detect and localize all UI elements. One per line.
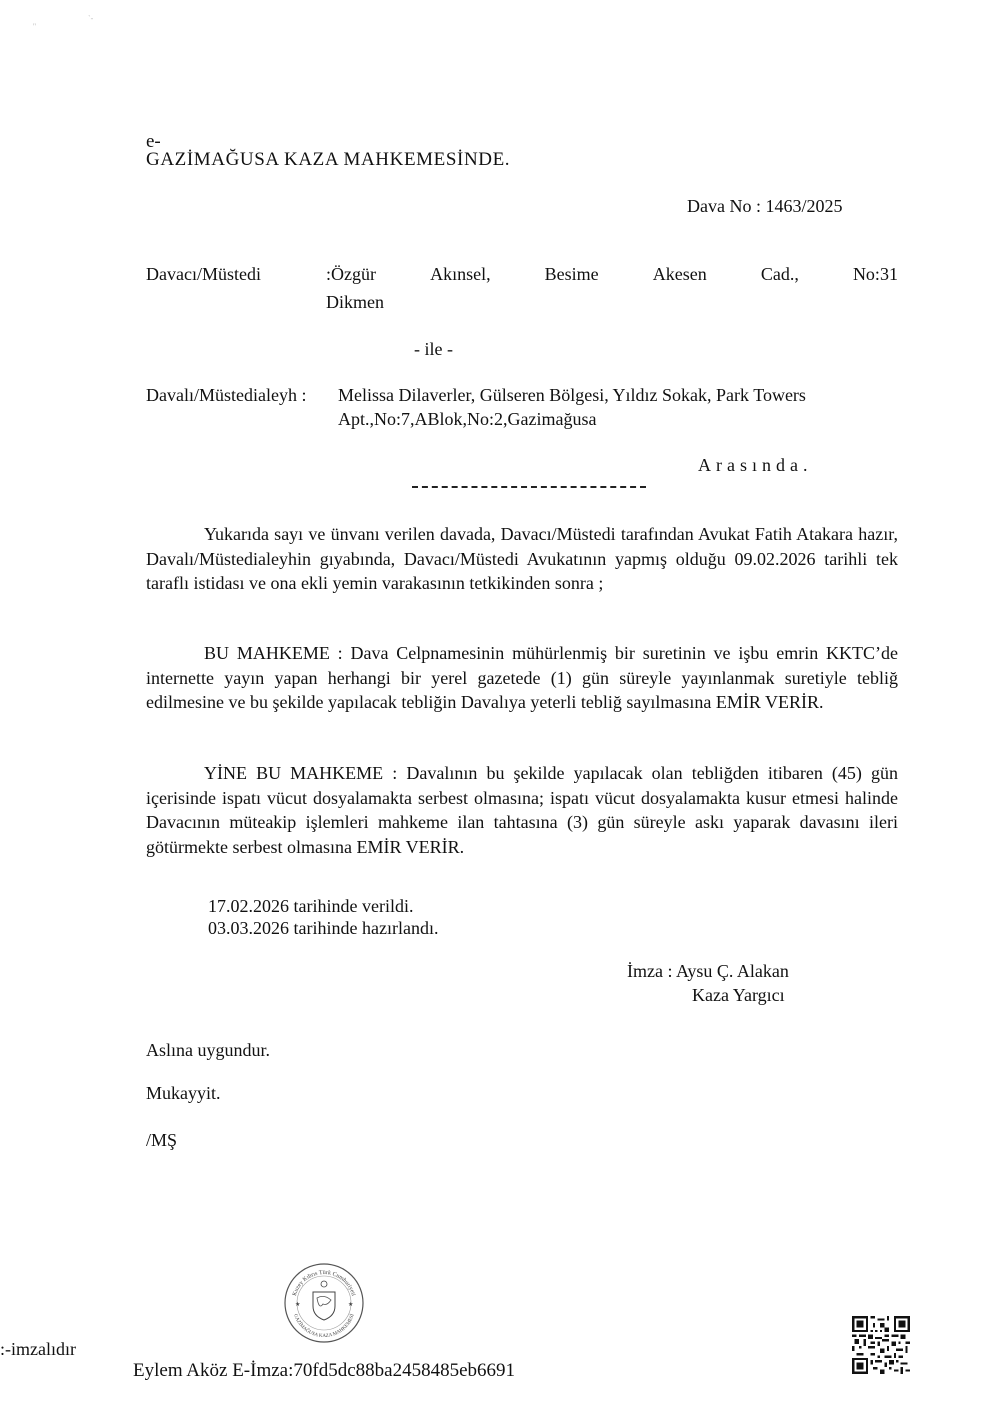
qr-code-icon[interactable] bbox=[852, 1316, 910, 1374]
paragraph-text: Yukarıda sayı ve ünvanı verilen davada, … bbox=[146, 524, 898, 593]
case-number: Dava No : 1463/2025 bbox=[687, 196, 842, 217]
issued-date: 17.02.2026 tarihinde verildi. bbox=[208, 896, 413, 917]
plaintiff-word: Besime bbox=[545, 264, 599, 285]
paragraph-preamble: Yukarıda sayı ve ünvanı verilen davada, … bbox=[146, 522, 898, 596]
paragraph-text: BU MAHKEME : Dava Celpnamesinin mühürlen… bbox=[146, 643, 898, 712]
plaintiff-word: Cad., bbox=[761, 264, 799, 285]
prepared-date: 03.03.2026 tarihinde hazırlandı. bbox=[208, 918, 438, 939]
e-signature-hash: Eylem Aköz E-İmza:70fd5dc88ba2458485eb66… bbox=[133, 1360, 515, 1382]
plaintiff-word: Akınsel, bbox=[430, 264, 491, 285]
svg-text:★: ★ bbox=[348, 1301, 353, 1308]
paragraph-order-1: BU MAHKEME : Dava Celpnamesinin mühürlen… bbox=[146, 641, 898, 715]
svg-text:Kuzey Kıbrıs Türk Cumhuriyeti: Kuzey Kıbrıs Türk Cumhuriyeti bbox=[292, 1270, 356, 1297]
court-seal-icon: Kuzey Kıbrıs Türk Cumhuriyeti GAZİMAĞUSA… bbox=[283, 1262, 365, 1344]
defendant-label: Davalı/Müstedialeyh : bbox=[146, 385, 306, 406]
scan-artifact: '' bbox=[33, 22, 36, 31]
court-title: GAZİMAĞUSA KAZA MAHKEMESİNDE. bbox=[146, 149, 510, 171]
plaintiff-label: Davacı/Müstedi bbox=[146, 264, 261, 285]
certified-copy-note: Aslına uygundur. bbox=[146, 1040, 270, 1061]
defendant-address-line1: Melissa Dilaverler, Gülseren Bölgesi, Yı… bbox=[338, 385, 806, 406]
scan-artifact: `- bbox=[88, 14, 93, 23]
plaintiff-address: :Özgür Akınsel, Besime Akesen Cad., No:3… bbox=[326, 264, 898, 285]
plaintiff-address-line2: Dikmen bbox=[326, 292, 384, 313]
between-label: Arasında. bbox=[698, 455, 812, 476]
plaintiff-word: No:31 bbox=[853, 264, 898, 285]
defendant-address-line2: Apt.,No:7,ABlok,No:2,Gazimağusa bbox=[338, 409, 596, 430]
versus: - ile - bbox=[414, 339, 453, 360]
clerk-label: Mukayyit. bbox=[146, 1083, 221, 1104]
judge-title: Kaza Yargıcı bbox=[692, 985, 785, 1006]
paragraph-text: YİNE BU MAHKEME : Davalının bu şekilde y… bbox=[146, 763, 898, 857]
clerk-initials: /MŞ bbox=[146, 1130, 177, 1151]
plaintiff-word: Akesen bbox=[653, 264, 707, 285]
e-signed-note: :-imzalıdır bbox=[0, 1339, 76, 1360]
judge-signature: İmza : Aysu Ç. Alakan bbox=[627, 961, 789, 982]
plaintiff-word: :Özgür bbox=[326, 264, 376, 285]
dashed-separator bbox=[412, 486, 646, 488]
svg-text:★: ★ bbox=[295, 1301, 300, 1308]
paragraph-order-2: YİNE BU MAHKEME : Davalının bu şekilde y… bbox=[146, 761, 898, 859]
